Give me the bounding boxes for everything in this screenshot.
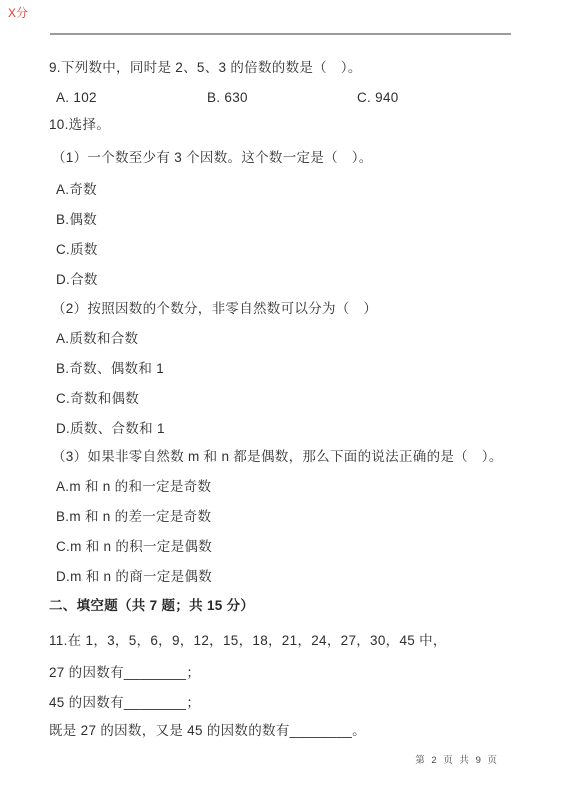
question-10-3-text: （3）如果非零自然数 m 和 n 都是偶数，那么下面的说法正确的是（ ）。 bbox=[52, 448, 503, 466]
question-10-2-option-a: A.质数和合数 bbox=[56, 330, 138, 348]
question-11-text: 11.在 1，3，5，6，9，12，15，18，21，24，27，30，45 中… bbox=[49, 632, 447, 650]
question-10-2-option-c: C.奇数和偶数 bbox=[56, 390, 139, 408]
question-10-2-text: （2）按照因数的个数分，非零自然数可以分为（ ） bbox=[52, 300, 377, 318]
question-10-1-option-b: B.偶数 bbox=[56, 211, 97, 229]
question-9-options-row: A. 102 B. 630 C. 940 bbox=[56, 89, 526, 107]
question-10-3-option-b: B.m 和 n 的差一定是奇数 bbox=[56, 508, 211, 526]
question-9-option-c: C. 940 bbox=[357, 89, 399, 107]
question-10-1-text: （1）一个数至少有 3 个因数。这个数一定是（ ）。 bbox=[52, 149, 373, 167]
question-10-3-option-d: D.m 和 n 的商一定是偶数 bbox=[56, 568, 212, 586]
question-10-title: 10.选择。 bbox=[49, 116, 110, 134]
header-divider-line bbox=[50, 33, 511, 35]
question-11-blank-3: 既是 27 的因数，又是 45 的因数的数有________。 bbox=[49, 722, 366, 740]
score-mark: X分 bbox=[8, 4, 28, 21]
question-9-text: 9.下列数中，同时是 2、5、3 的倍数的数是（ ）。 bbox=[49, 59, 362, 77]
question-10-2-option-b: B.奇数、偶数和 1 bbox=[56, 360, 164, 378]
section-2-title: 二、填空题（共 7 题；共 15 分） bbox=[49, 597, 254, 615]
question-9-option-a: A. 102 bbox=[56, 90, 97, 105]
question-11-blank-1: 27 的因数有________； bbox=[49, 664, 200, 682]
question-11-blank-2: 45 的因数有________； bbox=[49, 694, 200, 712]
question-10-3-option-a: A.m 和 n 的和一定是奇数 bbox=[56, 478, 211, 496]
question-10-2-option-d: D.质数、合数和 1 bbox=[56, 420, 165, 438]
page-number-footer: 第 2 页 共 9 页 bbox=[415, 752, 499, 766]
question-10-3-option-c: C.m 和 n 的积一定是偶数 bbox=[56, 538, 212, 556]
document-page: X分 9.下列数中，同时是 2、5、3 的倍数的数是（ ）。 A. 102 B.… bbox=[0, 0, 565, 800]
question-10-1-option-a: A.奇数 bbox=[56, 181, 97, 199]
question-10-1-option-c: C.质数 bbox=[56, 241, 98, 259]
question-10-1-option-d: D.合数 bbox=[56, 271, 98, 289]
question-9-option-b: B. 630 bbox=[207, 89, 248, 107]
